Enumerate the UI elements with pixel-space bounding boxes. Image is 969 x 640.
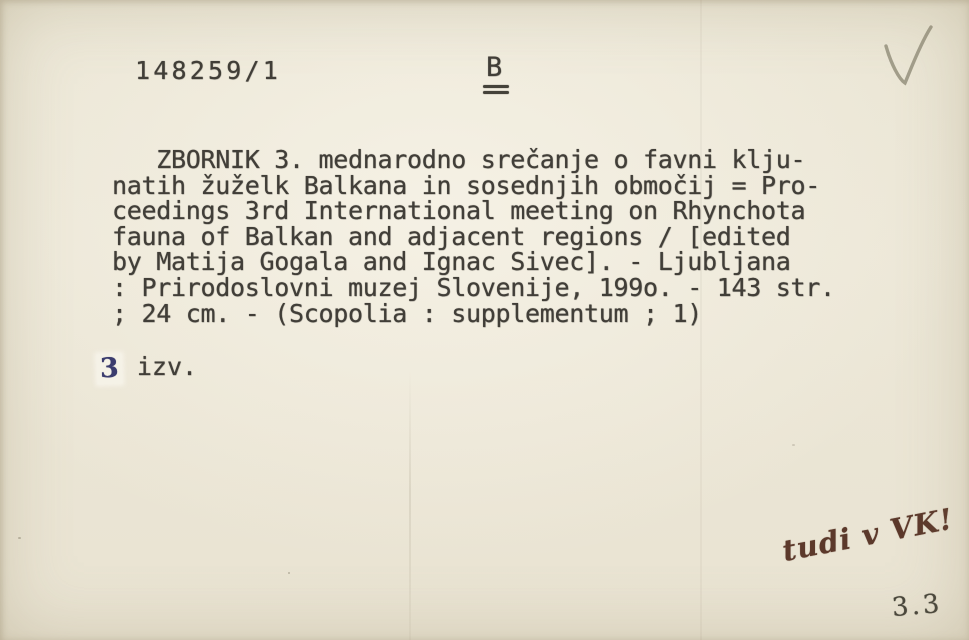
heading-double-underline-top — [483, 85, 509, 88]
paper-speck — [18, 537, 21, 539]
handwritten-number: 3.3 — [891, 589, 944, 623]
paper-crease — [700, 0, 702, 640]
description-line: fauna of Balkan and adjacent regions / [… — [112, 224, 835, 250]
call-number: 148259/1 — [135, 56, 281, 85]
description-line: ; 24 cm. - (Scopolia : supplementum ; 1) — [112, 301, 835, 327]
heading-letter: B — [486, 52, 502, 83]
bibliographic-description: ZBORNIK 3. mednarodno srečanje o favni k… — [112, 147, 835, 326]
paper-speck — [792, 444, 795, 446]
paper-crease — [409, 370, 411, 640]
checkmark-icon — [878, 22, 940, 92]
description-line: ZBORNIK 3. mednarodno srečanje o favni k… — [112, 147, 835, 173]
heading-double-underline-bottom — [483, 91, 509, 94]
copies-note: 3 izv. — [97, 352, 197, 384]
copies-label: izv. — [122, 352, 197, 381]
handwritten-note: tudi v VK! — [780, 502, 957, 568]
copies-count-handwritten: 3 — [96, 354, 122, 385]
description-line: ceedings 3rd International meeting on Rh… — [112, 198, 835, 224]
paper-speck — [288, 572, 290, 574]
catalog-card: 148259/1 B ZBORNIK 3. mednarodno srečanj… — [0, 0, 969, 640]
description-line: natih žuželk Balkana in sosednjih območi… — [112, 173, 835, 199]
description-line: : Prirodoslovni muzej Slovenije, 199o. -… — [112, 275, 835, 301]
description-line: by Matija Gogala and Ignac Sivec]. - Lju… — [112, 249, 835, 275]
